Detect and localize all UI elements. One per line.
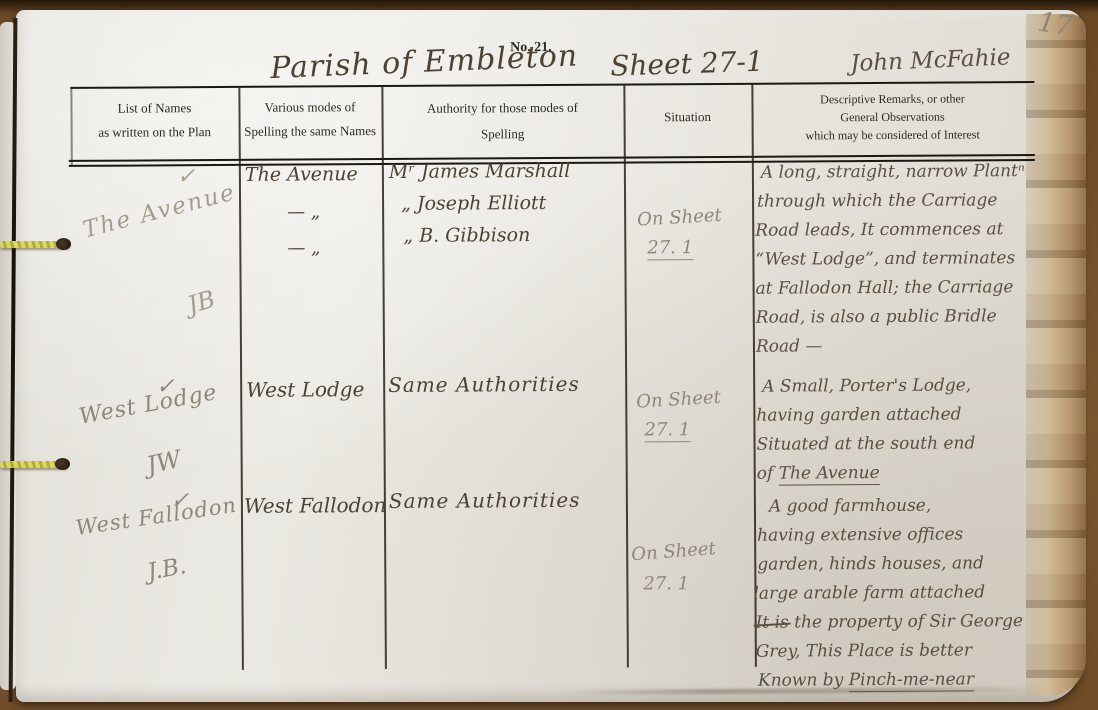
column-header-remarks-line3: which may be considered of Interest <box>752 127 1034 144</box>
row2-authority: Same Authorities <box>388 372 580 397</box>
row1-spelling-ditto-2: — „ <box>287 237 320 258</box>
row1-remark-line5: at Fallodon Hall; the Carriage <box>756 277 1014 299</box>
row3-remark-line5: It is the property of Sir George <box>756 611 1024 633</box>
row3-remark-line2: having extensive offices <box>757 524 963 545</box>
column-divider-1 <box>238 87 244 670</box>
row1-plan-name: The Avenue <box>80 179 238 243</box>
column-header-remarks-line1: Descriptive Remarks, or other <box>751 91 1033 108</box>
row2-remark-underlined-name: The Avenue <box>779 463 880 486</box>
column-header-remarks-line2: General Observations <box>752 109 1034 126</box>
column-header-names-line2: as written on the Plan <box>71 124 239 141</box>
row3-surveyor-initials: J.B. <box>145 553 188 586</box>
scanned-name-book-photo: Parish of Embleton No. 21. Sheet 27-1 Jo… <box>0 0 1098 710</box>
row3-spelling: West Fallodon <box>244 493 387 518</box>
row1-surveyor-initials: JB <box>184 285 218 320</box>
sheet-content: Parish of Embleton No. 21. Sheet 27-1 Jo… <box>0 0 1098 710</box>
row1-authority-3: „ B. Gibbison <box>403 224 530 247</box>
row3-authority: Same Authorities <box>389 488 581 513</box>
page-number: 17 <box>1036 6 1075 42</box>
row1-spelling: The Avenue <box>245 163 358 186</box>
row2-surveyor-initials: JW <box>144 445 183 480</box>
column-header-names-line1: List of Names <box>70 100 238 117</box>
row2-situation-line1: On Sheet <box>636 387 722 413</box>
row3-situation-sheet-number: 27. 1 <box>643 573 689 594</box>
row2-remark-line2: having garden attached <box>756 404 961 425</box>
row3-remark-line6: Grey, This Place is better <box>756 640 972 661</box>
examiner-signature: John McFahie <box>850 44 1011 77</box>
column-header-spelling-line1: Various modes of <box>238 99 381 116</box>
row1-situation-sheet-number: 27. 1 <box>647 237 693 260</box>
show-through-smudge <box>562 687 1042 695</box>
row3-check-mark: ✓ <box>171 488 190 513</box>
row3-remark-line4: large arable farm attached <box>753 582 985 603</box>
row3-remark-line3: garden, hinds houses, and <box>757 553 984 574</box>
column-divider-2 <box>381 86 387 669</box>
row1-check-mark: ✓ <box>177 164 196 189</box>
row1-authority-1: Mʳ James Marshall <box>389 160 571 183</box>
row2-remark-line3: Situated at the south end <box>756 433 975 454</box>
row1-remark-line1: A long, straight, narrow Plantⁿ <box>761 161 1025 183</box>
sheet-label: Sheet 27-1 <box>610 45 764 83</box>
form-number: No. 21. <box>510 40 552 56</box>
row1-spelling-ditto-1: — „ <box>287 201 320 222</box>
row1-remark-line6: Road, is also a public Bridle <box>756 306 997 327</box>
row2-remark-line4: of The Avenue <box>757 463 880 484</box>
row2-situation-sheet-number: 27. 1 <box>644 419 690 442</box>
row1-remark-line7: Road — <box>756 336 823 356</box>
row2-spelling: West Lodge <box>246 377 364 402</box>
row1-remark-line3: Road leads, It commences at <box>755 219 1003 241</box>
row1-authority-2: „ Joseph Elliott <box>401 192 546 215</box>
row3-remark-line1: A good farmhouse, <box>769 496 931 517</box>
column-header-situation: Situation <box>624 109 752 126</box>
column-header-authority-line1: Authority for those modes of <box>381 100 623 117</box>
column-header-authority-line2: Spelling <box>382 126 624 143</box>
row2-check-mark: ✓ <box>156 374 175 399</box>
row1-remark-line2: through which the Carriage <box>757 190 997 211</box>
row2-plan-name: West Lodge <box>77 380 219 430</box>
row3-plan-name: West Fallodon <box>74 493 238 540</box>
row3-situation-line1: On Sheet <box>631 538 717 565</box>
column-divider-3 <box>623 85 629 668</box>
column-divider-4 <box>751 84 757 667</box>
row3-remark-line5-rest: the property of Sir George <box>789 611 1023 632</box>
row1-remark-line4: “West Lodge”, and terminates <box>755 248 1015 270</box>
column-header-spelling-line2: Spelling the same Names <box>239 123 382 140</box>
table-top-rule <box>70 81 1034 89</box>
row3-remark-struck-text: It is <box>756 613 789 633</box>
row2-remark-line1: A Small, Porter's Lodge, <box>762 375 971 396</box>
row2-remark-tail-prefix: of <box>757 464 779 484</box>
row1-situation-line1: On Sheet <box>637 205 723 231</box>
